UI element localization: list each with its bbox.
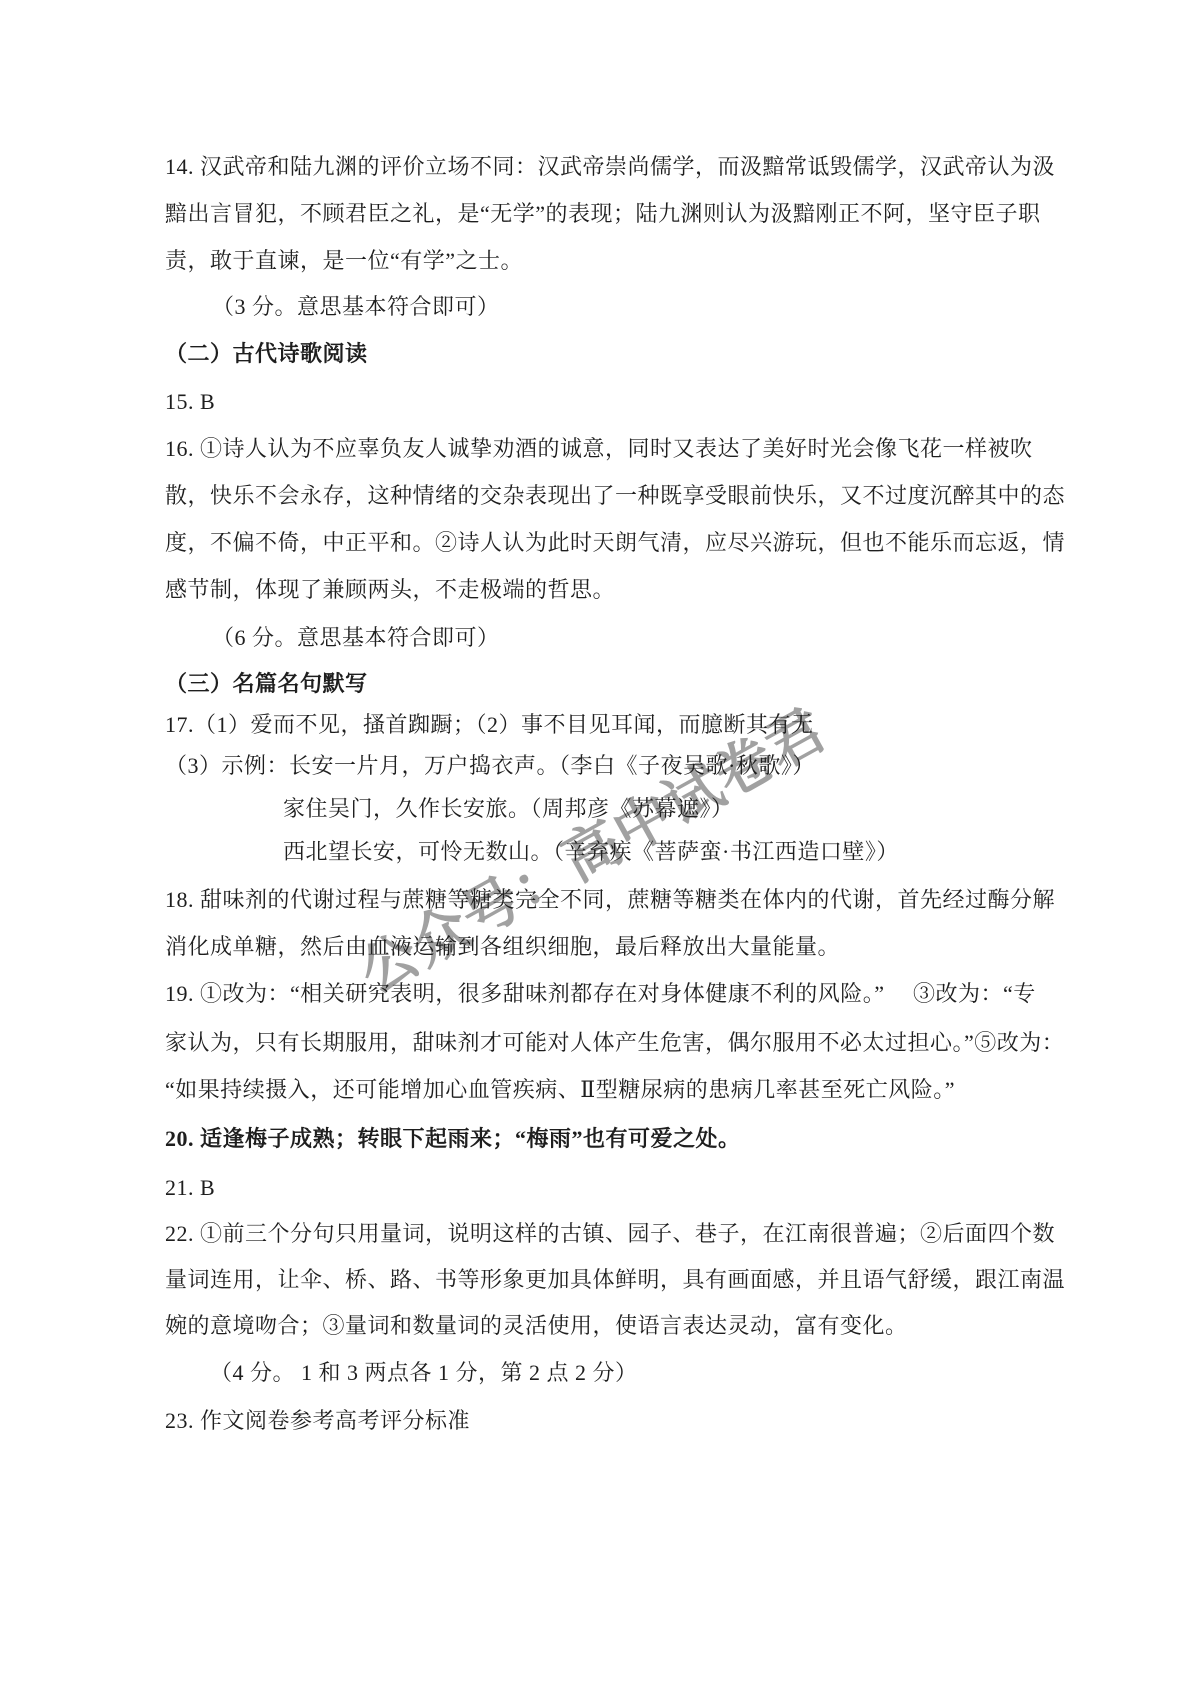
answer-16-line-3: 度，不偏不倚，中正平和。②诗人认为此时天朗气清，应尽兴游玩，但也不能乐而忘返，情 (165, 528, 1065, 558)
answer-16-line-4: 感节制，体现了兼顾两头，不走极端的哲思。 (165, 575, 615, 605)
document-page: 公众号：高中试卷君 14. 汉武帝和陆九渊的评价立场不同：汉武帝崇尚儒学，而汲黯… (0, 0, 1200, 1697)
answer-14-line-2: 黯出言冒犯，不顾君臣之礼，是“无学”的表现；陆九渊则认为汲黯刚正不阿，坚守臣子职 (165, 199, 1041, 229)
answer-18-line-2: 消化成单糖，然后由血液运输到各组织细胞，最后释放出大量能量。 (165, 932, 840, 962)
answer-16-line-1: 16. ①诗人认为不应辜负友人诚挚劝酒的诚意，同时又表达了美好时光会像飞花一样被… (165, 434, 1033, 464)
answer-15: 15. B (165, 387, 215, 417)
answer-16-line-2: 散，快乐不会永存，这种情绪的交杂表现出了一种既享受眼前快乐，又不过度沉醉其中的态 (165, 481, 1065, 511)
answer-17-part-3-example-3: 西北望长安，可怜无数山。（辛弃疾《菩萨蛮·书江西造口壁》） (283, 837, 899, 867)
answer-22-line-1: 22. ①前三个分句只用量词，说明这样的古镇、园子、巷子，在江南很普遍；②后面四… (165, 1219, 1055, 1249)
answer-17-part-3-example-2: 家住吴门，久作长安旅。（周邦彦《苏幕遮》） (283, 794, 734, 824)
answer-18-line-1: 18. 甜味剂的代谢过程与蔗糖等糖类完全不同，蔗糖等糖类在体内的代谢，首先经过酶… (165, 885, 1055, 915)
answer-20: 20. 适逢梅子成熟；转眼下起雨来；“梅雨”也有可爱之处。 (165, 1124, 741, 1154)
answer-17-part-3-example-1: （3）示例：长安一片月，万户捣衣声。（李白《子夜吴歌·秋歌》） (165, 751, 815, 781)
answer-22-line-3: 婉的意境吻合；③量词和数量词的灵活使用，使语言表达灵动，富有变化。 (165, 1311, 908, 1341)
answer-16-score-note: （6 分。意思基本符合即可） (212, 623, 500, 653)
answer-14-score-note: （3 分。意思基本符合即可） (212, 292, 500, 322)
answer-21: 21. B (165, 1173, 215, 1203)
answer-19-line-2: 家认为，只有长期服用，甜味剂才可能对人体产生危害，偶尔服用不必太过担心。”⑤改为… (165, 1028, 1064, 1058)
answer-14-line-1: 14. 汉武帝和陆九渊的评价立场不同：汉武帝崇尚儒学，而汲黯常诋毁儒学，汉武帝认… (165, 152, 1055, 182)
answer-19-line-3: “如果持续摄入，还可能增加心血管疾病、Ⅱ型糖尿病的患病几率甚至死亡风险。” (165, 1075, 955, 1105)
answer-22-line-2: 量词连用，让伞、桥、路、书等形象更加具体鲜明，具有画面感，并且语气舒缓，跟江南温 (165, 1265, 1065, 1295)
section-heading-famous-lines-dictation: （三）名篇名句默写 (165, 669, 368, 699)
answer-14-line-3: 责，敢于直谏，是一位“有学”之士。 (165, 246, 523, 276)
section-heading-poetry-reading: （二）古代诗歌阅读 (165, 339, 368, 369)
answer-19-line-1: 19. ①改为：“相关研究表明，很多甜味剂都存在对身体健康不利的风险。” ③改为… (165, 979, 1036, 1009)
answer-23: 23. 作文阅卷参考高考评分标准 (165, 1406, 470, 1436)
answer-17-part-1-2: 17.（1）爱而不见，搔首踟蹰；（2）事不目见耳闻，而臆断其有无 (165, 710, 814, 740)
answer-22-score-note: （4 分。 1 和 3 两点各 1 分，第 2 点 2 分） (210, 1358, 638, 1388)
